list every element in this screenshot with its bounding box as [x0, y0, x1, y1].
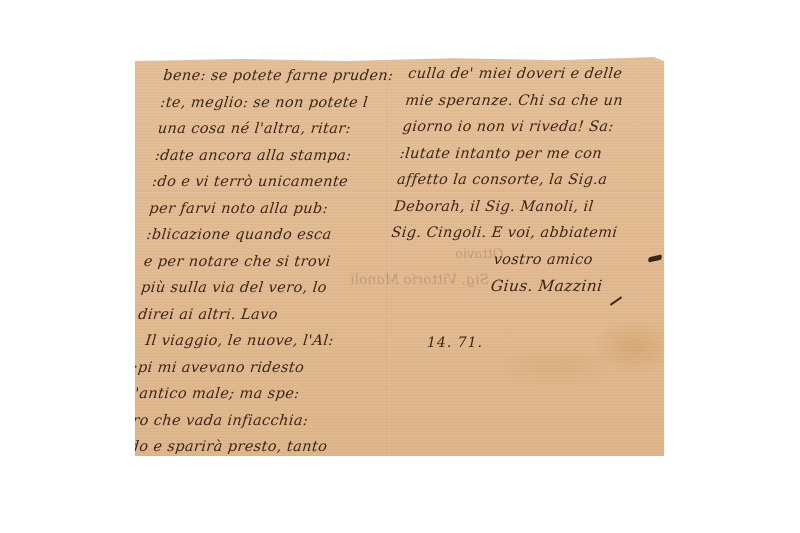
handwritten-line: Sig. Cingoli. E voi, abbiatemi [390, 220, 653, 247]
handwritten-line: :pi mi avevano ridesto [131, 355, 374, 382]
ink-blot [648, 255, 663, 263]
handwritten-line: per farvi noto alla pub: [148, 196, 391, 223]
handwritten-line: giorno io non vi riveda! Sa: [401, 114, 664, 141]
signature: Gius. Mazzini [384, 273, 647, 300]
handwritten-line: e per notare che si trovi [142, 249, 385, 276]
handwritten-line: mie speranze. Chi sa che un [404, 88, 667, 115]
handwritten-line: :blicazione quando esca [145, 222, 388, 249]
handwritten-line: :date ancora alla stampa: [154, 143, 397, 170]
handwritten-line: :do e vi terrò unicamente [151, 169, 394, 196]
handwritten-line: l'antico male; ma spe: [128, 381, 371, 408]
handwritten-line: più sulla via del vero, lo [140, 275, 383, 302]
letter-date: 14. 71. [427, 335, 483, 351]
right-column-text: culla de' miei doveri e delle mie speran… [384, 61, 669, 300]
handwritten-line: :ro che vada infiacchia: [126, 408, 369, 435]
handwritten-line: :te, meglio: se non potete l [159, 90, 402, 117]
handwritten-line: essere più vicino alla [117, 487, 360, 514]
handwritten-line: Il viaggio, le nuove, l'Al: [134, 328, 377, 355]
handwritten-line: direi ai altri. Lavo [137, 302, 380, 329]
handwritten-line: affetto la consorte, la Sig.a [396, 167, 659, 194]
handwritten-line: :lutate intanto per me con [398, 141, 661, 168]
handwritten-line: culla de' miei doveri e delle [407, 61, 670, 88]
handwritten-line: :do e sparirà presto, tanto [123, 434, 366, 461]
valediction: vostro amico [387, 247, 650, 274]
handwritten-line: da potermi riprendere ed [120, 461, 363, 488]
left-column-text: bene: se potete farne pruden: :te, megli… [117, 63, 404, 514]
photo-stage: Ottavio Sig. Vittorio Manoli bene: se po… [0, 0, 800, 533]
handwritten-line: Deborah, il Sig. Manoli, il [393, 194, 656, 221]
handwritten-line: bene: se potete farne pruden: [162, 63, 405, 90]
letter-sheet: Ottavio Sig. Vittorio Manoli bene: se po… [135, 57, 664, 456]
handwritten-line: una cosa né l'altra, ritar: [156, 116, 399, 143]
